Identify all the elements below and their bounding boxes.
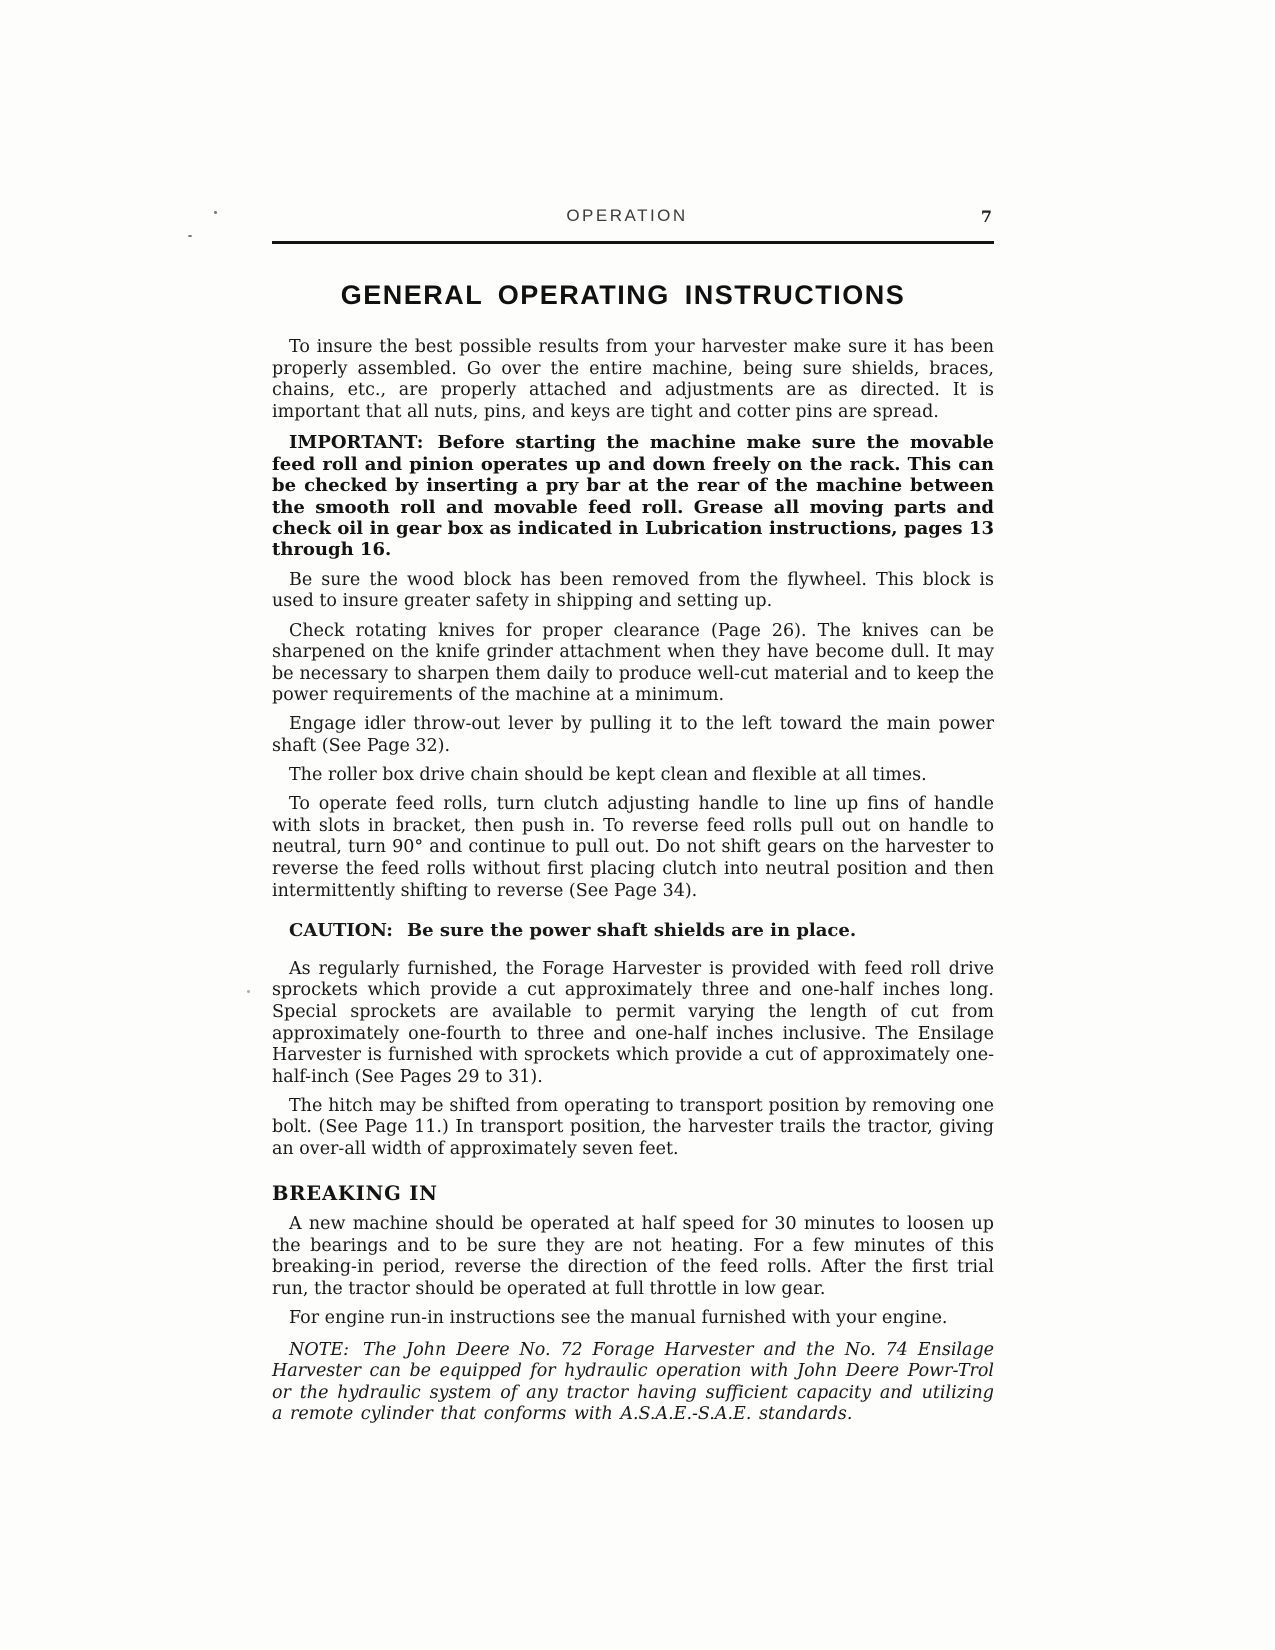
scan-artifact <box>247 990 250 993</box>
caution-text: Be sure the power shaft shields are in p… <box>407 920 856 941</box>
manual-page: OPERATION 7 GENERAL OPERATING INSTRUCTIO… <box>0 0 1275 1650</box>
paragraph-idler-lever: Engage idler throw-out lever by pulling … <box>272 714 994 757</box>
note-text: The John Deere No. 72 Forage Harvester a… <box>272 1340 994 1425</box>
paragraph-hitch: The hitch may be shifted from operating … <box>272 1096 994 1161</box>
scan-artifact <box>214 211 217 214</box>
scan-artifact <box>188 235 192 237</box>
paragraph-wood-block: Be sure the wood block has been removed … <box>272 570 994 613</box>
body-copy: To insure the best possible results from… <box>272 337 994 1426</box>
paragraph-breaking-in-1: A new machine should be operated at half… <box>272 1214 994 1300</box>
paragraph-sprockets: As regularly furnished, the Forage Harve… <box>272 959 994 1089</box>
caution-notice: CAUTION:Be sure the power shaft shields … <box>272 920 994 942</box>
note-paragraph: NOTE:The John Deere No. 72 Forage Harves… <box>272 1340 994 1426</box>
paragraph-knives: Check rotating knives for proper clearan… <box>272 621 994 707</box>
section-heading-breaking-in: BREAKING IN <box>272 1183 994 1205</box>
header-rule <box>272 241 994 244</box>
paragraph-roller-chain: The roller box drive chain should be kep… <box>272 765 994 787</box>
page-title: GENERAL OPERATING INSTRUCTIONS <box>262 280 984 311</box>
running-header: OPERATION 7 <box>272 206 994 230</box>
paragraph-engine-run-in: For engine run-in instructions see the m… <box>272 1308 994 1330</box>
caution-label: CAUTION: <box>289 920 393 941</box>
note-label: NOTE: <box>289 1340 349 1360</box>
important-notice: IMPORTANT:Before starting the machine ma… <box>272 432 994 560</box>
paragraph-feed-rolls: To operate feed rolls, turn clutch adjus… <box>272 794 994 902</box>
important-label: IMPORTANT: <box>289 432 423 453</box>
page-number: 7 <box>981 207 992 226</box>
paragraph-intro: To insure the best possible results from… <box>272 337 994 423</box>
page-content: OPERATION 7 GENERAL OPERATING INSTRUCTIO… <box>272 206 994 1434</box>
section-title: OPERATION <box>266 206 988 226</box>
